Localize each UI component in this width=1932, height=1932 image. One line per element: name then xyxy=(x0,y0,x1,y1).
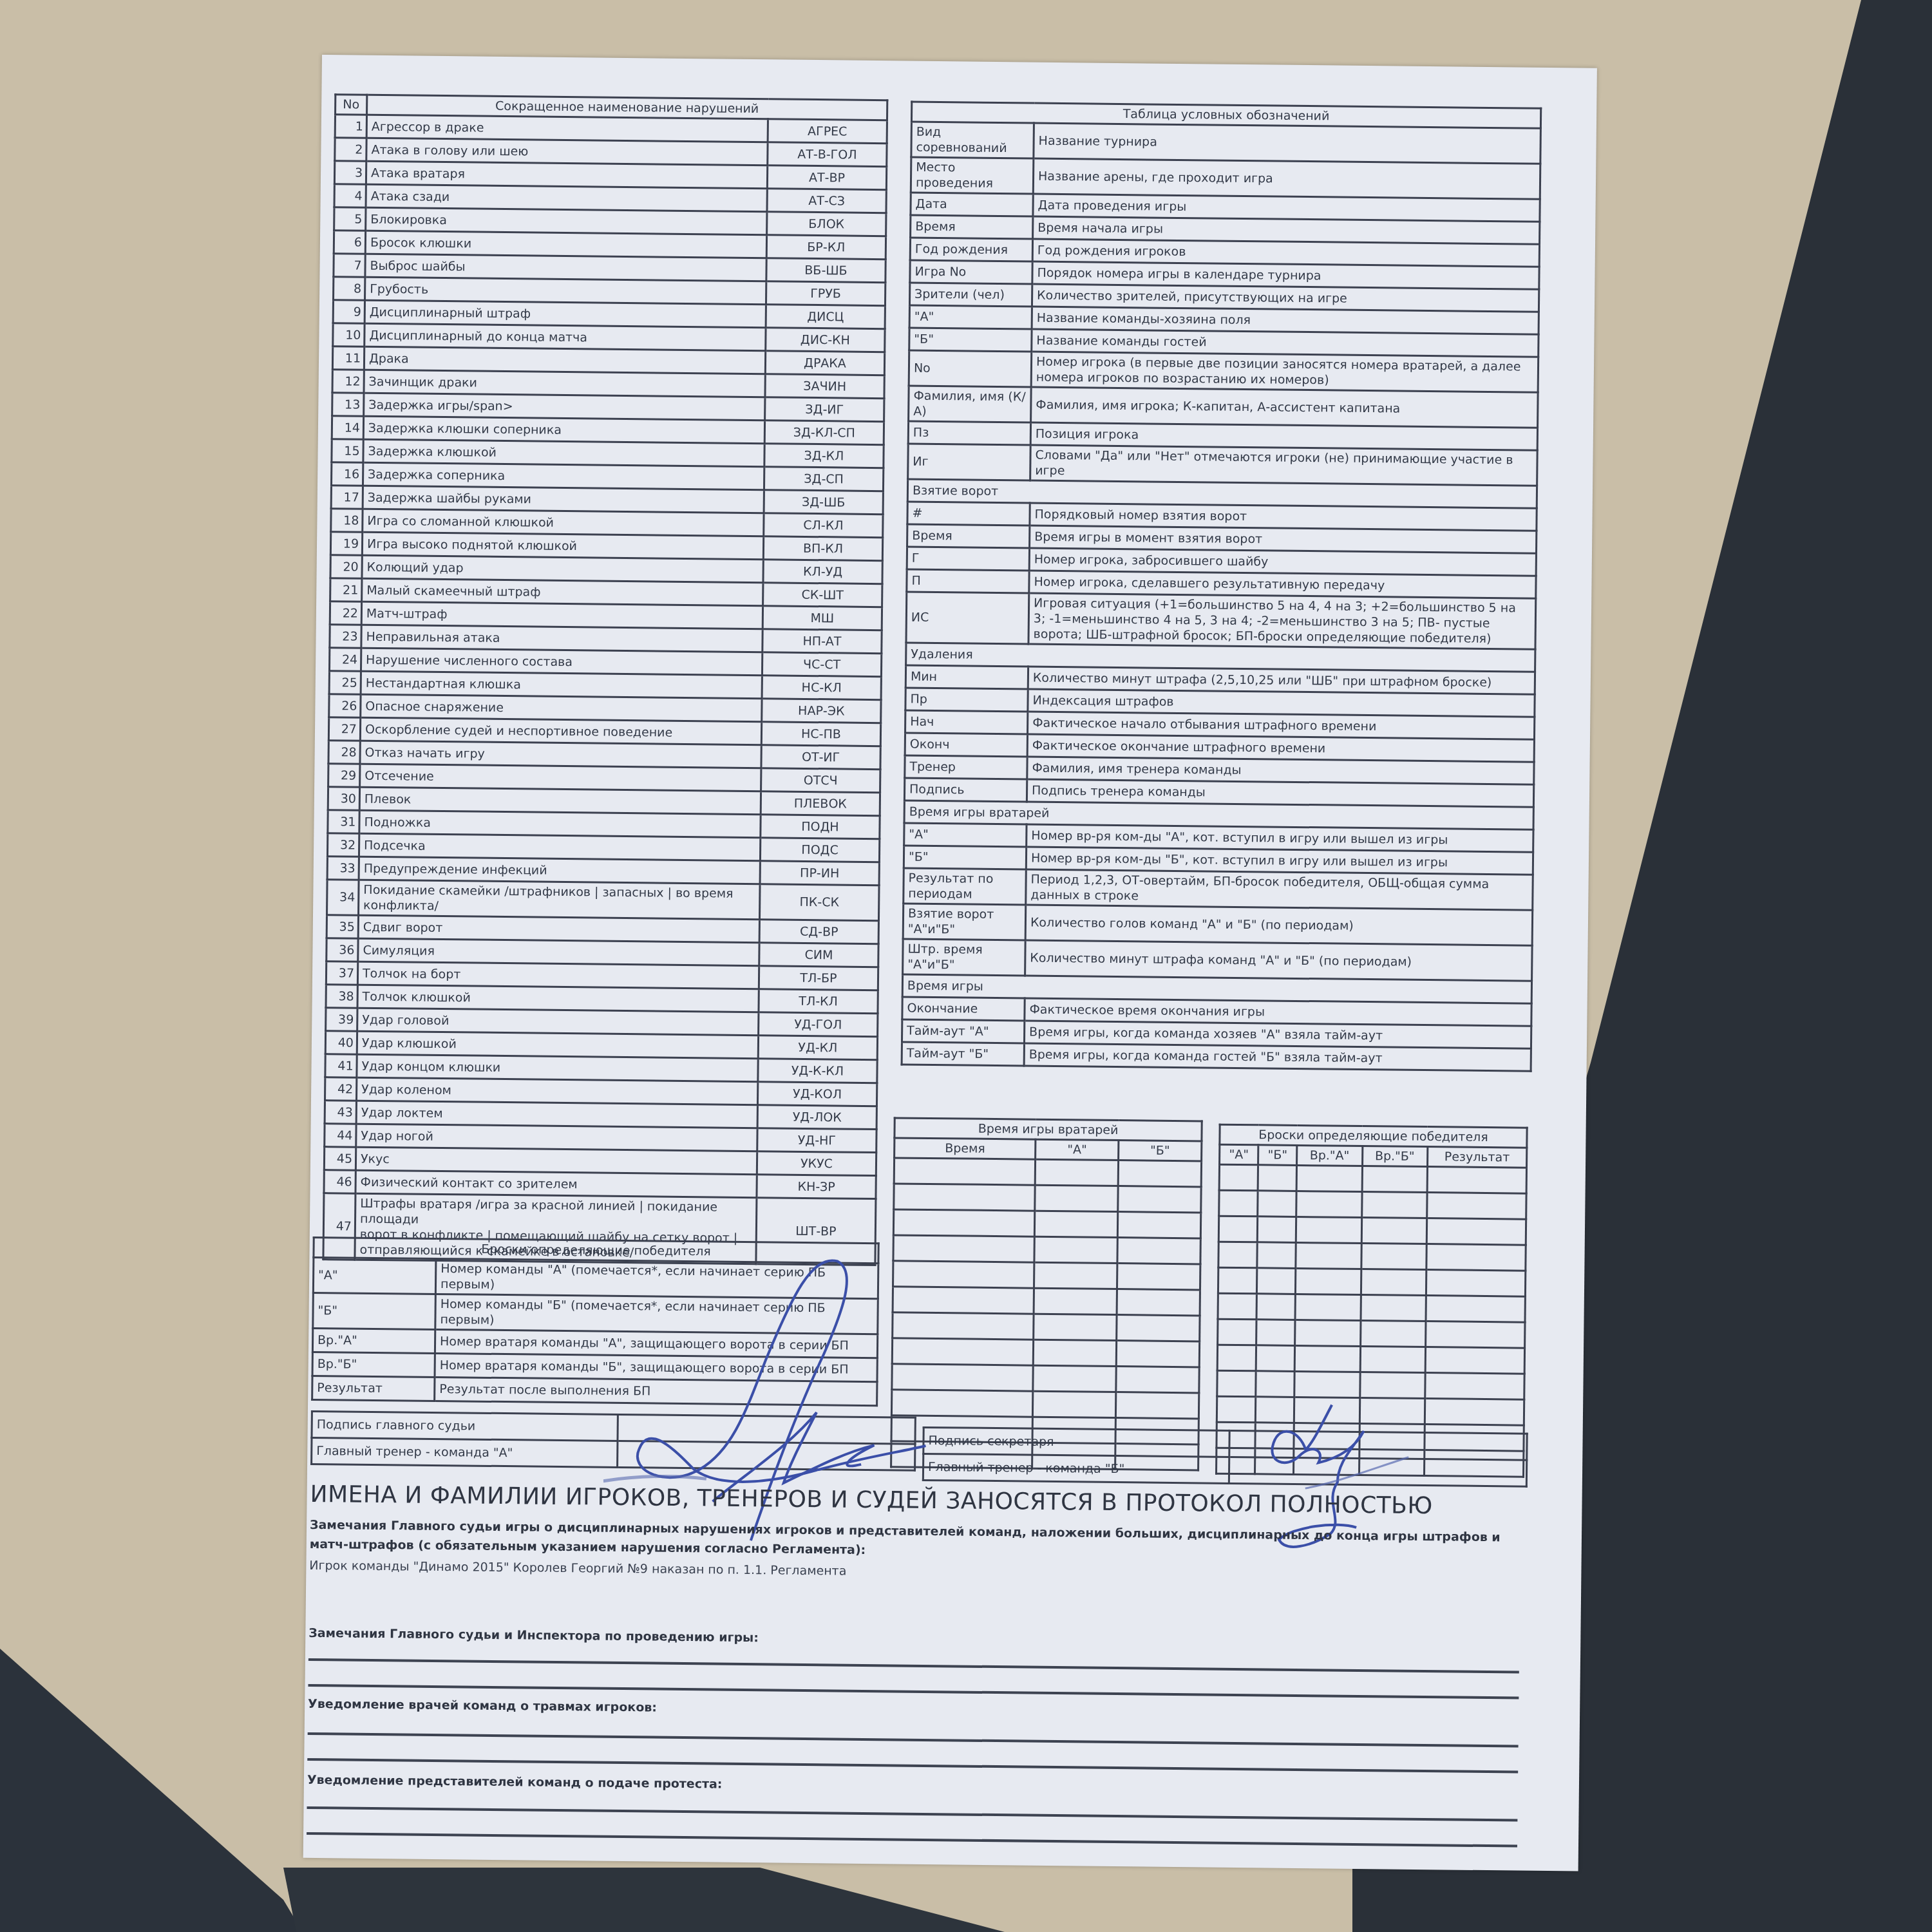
violation-code: СИМ xyxy=(759,943,878,967)
violation-code: НС-КЛ xyxy=(762,676,881,700)
violation-no: 3 xyxy=(334,161,366,185)
shootout-cell[interactable] xyxy=(1294,1345,1360,1372)
violation-code: АТ-СЗ xyxy=(767,189,886,213)
goalie-time-cell[interactable] xyxy=(1117,1264,1200,1290)
legend-key: Время xyxy=(907,524,1030,548)
shootout-cell[interactable] xyxy=(1294,1371,1360,1397)
shootout-cell[interactable] xyxy=(1425,1373,1525,1400)
violation-code: ВБ-ШБ xyxy=(766,258,885,283)
violation-code: СЛ-КЛ xyxy=(764,513,883,538)
shootout-cell[interactable] xyxy=(1362,1166,1428,1193)
goalie-time-cell[interactable] xyxy=(1117,1289,1200,1316)
inspector-remarks-label: Замечания Главного судьи и Инспектора по… xyxy=(308,1626,759,1645)
shootout-cell[interactable] xyxy=(1425,1347,1525,1374)
goalie-time-cell[interactable] xyxy=(1035,1211,1118,1237)
violation-code: БЛОК xyxy=(767,212,886,236)
violation-code: СД-ВР xyxy=(759,920,878,944)
violation-no: 11 xyxy=(332,346,364,370)
shootout-legend-key: Вр."Б" xyxy=(312,1352,435,1377)
inspector-remarks-line-1[interactable] xyxy=(308,1658,1519,1674)
shootout-cell[interactable] xyxy=(1218,1216,1258,1242)
violation-code: ОТ-ИГ xyxy=(761,745,880,770)
violation-code: ЗД-КЛ xyxy=(764,444,884,468)
violation-no: 43 xyxy=(325,1101,356,1124)
violation-no: 6 xyxy=(334,231,365,254)
legend-row: Фамилия, имя (К/А)Фамилия, имя игрока; К… xyxy=(909,386,1539,428)
shootout-cell[interactable] xyxy=(1296,1217,1362,1243)
goalie-time-cell[interactable] xyxy=(892,1338,1034,1365)
violation-code: УД-ГОЛ xyxy=(759,1012,878,1037)
legend-value: Фамилия, имя игрока; К-капитан, А-ассист… xyxy=(1031,387,1539,428)
shootout-row xyxy=(1217,1345,1524,1374)
shootout-cell[interactable] xyxy=(1219,1190,1258,1217)
goalie-time-cell[interactable] xyxy=(1118,1160,1201,1187)
legend-value: Название арены, где проходит игра xyxy=(1033,158,1540,199)
shootout-cell[interactable] xyxy=(1257,1242,1296,1269)
shootout-column: "Б" xyxy=(1258,1145,1297,1166)
goalie-time-row xyxy=(894,1184,1201,1213)
shootout-legend-value: Номер команды "А" (помечается*, если нач… xyxy=(435,1258,878,1298)
goalie-time-row xyxy=(894,1158,1201,1187)
goalie-time-cell[interactable] xyxy=(1034,1288,1117,1314)
violation-code: СК-ШТ xyxy=(763,583,882,607)
coach-a-label: Главный тренер - команда "А" xyxy=(312,1437,618,1467)
violation-no: 31 xyxy=(328,810,359,834)
violation-no: 27 xyxy=(328,717,360,741)
legend-value: Игровая ситуация (+1=большинство 5 на 4,… xyxy=(1028,593,1536,649)
shootout-cell[interactable] xyxy=(1256,1294,1296,1320)
violation-no: 36 xyxy=(327,938,358,962)
shootout-cell[interactable] xyxy=(1258,1191,1297,1217)
legend-key: Взятие ворот "А"и"Б" xyxy=(903,904,1026,940)
shootout-row xyxy=(1219,1164,1526,1193)
shootout-cell[interactable] xyxy=(1218,1267,1257,1294)
shootout-cell[interactable] xyxy=(1360,1346,1426,1372)
violation-no: 35 xyxy=(327,915,358,939)
violation-code: МШ xyxy=(762,606,882,630)
legend-key: Фамилия, имя (К/А) xyxy=(909,386,1032,422)
full-names-notice: ИМЕНА И ФАМИЛИИ ИГРОКОВ, ТРЕНЕРОВ И СУДЕ… xyxy=(310,1481,1433,1519)
violation-no: 12 xyxy=(332,370,364,393)
violation-no: 25 xyxy=(329,671,361,695)
coach-b-label: Главный тренер - команда "Б" xyxy=(923,1454,1229,1483)
violation-code: ПОДС xyxy=(760,838,879,862)
violation-no: 2 xyxy=(335,138,366,162)
legend-key: Нач xyxy=(905,710,1028,734)
legend-key: Пз xyxy=(908,421,1030,445)
violation-code: ПР-ИН xyxy=(760,861,879,885)
goalie-time-cell[interactable] xyxy=(893,1287,1034,1314)
shootout-legend-table: Броски определяющие победителя "А"Номер … xyxy=(311,1236,880,1406)
violation-no: 30 xyxy=(328,787,359,811)
signature-block-left: Подпись главного судьи Главный тренер - … xyxy=(310,1410,916,1472)
goalie-time-title: Время игры вратарей xyxy=(895,1118,1202,1141)
violation-code: УД-К-КЛ xyxy=(758,1059,877,1083)
shootout-legend-value: Результат после выполнения БП xyxy=(435,1377,877,1405)
violation-code: ТЛ-КЛ xyxy=(759,989,878,1014)
shootout-column: "А" xyxy=(1220,1144,1258,1165)
legend-value: Время игры, когда команда гостей "Б" взя… xyxy=(1024,1043,1531,1071)
violation-no: 10 xyxy=(333,323,365,347)
goalie-time-row xyxy=(893,1209,1200,1238)
violation-no: 46 xyxy=(324,1170,355,1194)
goalie-time-column: Время xyxy=(895,1138,1036,1159)
goalie-time-cell[interactable] xyxy=(1033,1365,1116,1392)
violation-code: УКУС xyxy=(757,1151,876,1176)
legend-row: Взятие ворот "А"и"Б"Количество голов ком… xyxy=(903,904,1533,945)
shootout-cell[interactable] xyxy=(1361,1294,1426,1321)
violation-code: АТ-В-ГОЛ xyxy=(768,142,887,167)
violation-code: УД-КОЛ xyxy=(757,1082,876,1106)
hockey-protocol-sheet: No Сокращенное наименование нарушений 1А… xyxy=(303,55,1597,1871)
shootout-row xyxy=(1218,1216,1526,1245)
violation-no: 5 xyxy=(334,207,366,231)
violation-no: 44 xyxy=(325,1124,356,1148)
violation-no: 14 xyxy=(332,416,363,440)
violations-body: 1Агрессор в дракеАГРЕС2Атака в голову ил… xyxy=(323,115,887,1265)
violation-no: 18 xyxy=(331,509,363,533)
legend-key: Год рождения xyxy=(910,238,1032,261)
legend-key: Тайм-аут "Б" xyxy=(902,1042,1024,1066)
shootout-row xyxy=(1217,1396,1524,1425)
goalie-time-column: "А" xyxy=(1036,1139,1119,1160)
violation-no: 34 xyxy=(327,880,359,916)
shootout-cell[interactable] xyxy=(1426,1296,1526,1323)
injuries-line-2[interactable] xyxy=(307,1758,1518,1774)
shootout-cell[interactable] xyxy=(1361,1269,1426,1295)
protest-line-2[interactable] xyxy=(307,1832,1517,1848)
legend-key: Иг xyxy=(908,444,1031,480)
goalie-time-cell[interactable] xyxy=(1116,1392,1199,1419)
legend-key: Оконч xyxy=(905,733,1027,757)
legend-key: Мин xyxy=(905,665,1028,689)
legend-row: NoНомер игрока (в первые две позиции зан… xyxy=(909,350,1539,392)
violation-code: ДИСЦ xyxy=(766,305,885,329)
violation-no: 13 xyxy=(332,393,364,417)
goalie-time-cell[interactable] xyxy=(1034,1262,1117,1289)
goalie-time-cell[interactable] xyxy=(893,1235,1035,1262)
violation-no: 24 xyxy=(329,648,361,672)
goalie-time-cell[interactable] xyxy=(893,1261,1035,1288)
violation-code: АГРЕС xyxy=(768,119,887,144)
violation-code: ЧС-СТ xyxy=(762,652,881,677)
violation-no: 41 xyxy=(325,1054,357,1078)
violation-code: ДИС-КН xyxy=(766,328,885,352)
protest-label: Уведомление представителей команд о пода… xyxy=(307,1773,723,1792)
violation-no: 8 xyxy=(334,277,365,301)
shootout-cell[interactable] xyxy=(1425,1399,1524,1426)
goalie-time-cell[interactable] xyxy=(1034,1340,1117,1366)
violation-no: 1 xyxy=(335,115,366,138)
goalie-time-cell[interactable] xyxy=(1116,1367,1199,1393)
violation-row: 34Покидание скамейки /штрафников | запас… xyxy=(327,880,880,921)
goalie-time-row xyxy=(893,1235,1200,1264)
violation-code: ГРУБ xyxy=(766,281,885,306)
violation-code: УД-КЛ xyxy=(758,1036,877,1060)
inspector-remarks-line-2[interactable] xyxy=(308,1684,1519,1700)
shootout-row xyxy=(1218,1242,1526,1271)
shootout-legend-key: Результат xyxy=(312,1376,435,1401)
goalie-time-cell[interactable] xyxy=(1033,1391,1116,1417)
goalie-time-cell[interactable] xyxy=(893,1312,1034,1340)
legend-body: Вид соревнованийНазвание турнираМесто пр… xyxy=(902,122,1540,1071)
shootout-legend-key: "А" xyxy=(313,1257,436,1294)
violation-code: ОТСЧ xyxy=(761,768,880,793)
legend-row: Результат по периодамПериод 1,2,3, ОТ-ов… xyxy=(904,868,1533,910)
shootout-title: Броски определяющие победителя xyxy=(1220,1124,1527,1148)
legend-key: "А" xyxy=(909,305,1032,329)
shootout-cell[interactable] xyxy=(1360,1320,1426,1347)
shootout-cell[interactable] xyxy=(1427,1167,1527,1194)
goalie-time-cell[interactable] xyxy=(1117,1238,1200,1264)
goalie-time-cell[interactable] xyxy=(891,1390,1033,1417)
violation-no: 4 xyxy=(334,184,366,208)
goalie-time-table: Время игры вратарей Время"А""Б" xyxy=(890,1117,1203,1471)
legend-key: ИС xyxy=(906,592,1029,644)
referee-remarks-label: Замечания Главного судьи игры о дисципли… xyxy=(310,1515,1534,1567)
shootout-cell[interactable] xyxy=(1359,1372,1425,1398)
legend-key: Тайм-аут "А" xyxy=(902,1019,1024,1043)
shootout-row xyxy=(1217,1370,1524,1399)
legend-value: Название турнира xyxy=(1034,123,1541,164)
shootout-legend-row: "Б"Номер команды "Б" (помечается*, если … xyxy=(313,1293,878,1334)
legend-row: Штр. время "А"и"Б"Количество минут штраф… xyxy=(903,939,1533,981)
violation-code: ДРАКА xyxy=(765,351,884,375)
violation-code: ЗД-ИГ xyxy=(765,397,884,422)
violation-no: 16 xyxy=(331,462,363,486)
shootout-cell[interactable] xyxy=(1219,1164,1258,1191)
shootout-cell[interactable] xyxy=(1426,1193,1526,1220)
legend-key: Время xyxy=(911,215,1033,239)
shootout-cell[interactable] xyxy=(1359,1397,1425,1424)
violation-code: КЛ-УД xyxy=(763,560,882,584)
legend-key: Зрители (чел) xyxy=(909,283,1032,307)
legend-row: ИСИгровая ситуация (+1=большинство 5 на … xyxy=(906,592,1536,649)
shootout-cell[interactable] xyxy=(1217,1370,1256,1397)
shootout-cell[interactable] xyxy=(1258,1165,1297,1191)
legend-key: Место проведения xyxy=(911,157,1034,194)
injuries-line-1[interactable] xyxy=(308,1732,1519,1748)
goalie-time-cell[interactable] xyxy=(893,1209,1035,1236)
coach-b-signature-field[interactable] xyxy=(1229,1457,1526,1486)
protest-line-1[interactable] xyxy=(307,1806,1517,1822)
shootout-cell[interactable] xyxy=(1295,1294,1361,1320)
shootout-row xyxy=(1218,1319,1525,1348)
shootout-cell[interactable] xyxy=(1426,1270,1526,1297)
goalie-time-row xyxy=(892,1364,1199,1393)
shootout-cell[interactable] xyxy=(1218,1319,1257,1345)
violation-code: НП-АТ xyxy=(762,629,882,654)
shootout-cell[interactable] xyxy=(1425,1321,1525,1349)
violation-no: 22 xyxy=(330,601,361,625)
legend-key: Вид соревнований xyxy=(911,122,1034,158)
shootout-cell[interactable] xyxy=(1296,1165,1362,1191)
goalie-time-row xyxy=(893,1287,1200,1316)
shootout-cell[interactable] xyxy=(1256,1371,1295,1397)
violation-code: ЗД-КЛ-СП xyxy=(764,421,884,445)
legend-key: Г xyxy=(907,547,1029,571)
goalie-time-row xyxy=(891,1390,1198,1419)
goalie-time-cell[interactable] xyxy=(894,1158,1036,1185)
goalie-time-cell[interactable] xyxy=(1117,1315,1200,1341)
shootout-cell[interactable] xyxy=(1257,1268,1296,1294)
shootout-legend-key: "Б" xyxy=(313,1293,436,1329)
goalie-time-row xyxy=(892,1338,1199,1367)
shootout-cell[interactable] xyxy=(1361,1244,1426,1270)
violation-code: ЗД-СП xyxy=(764,467,883,491)
violation-code: БР-КЛ xyxy=(766,235,885,260)
legend-key: No xyxy=(909,350,1032,387)
violation-code: ВП-КЛ xyxy=(763,536,882,561)
goalie-time-cell[interactable] xyxy=(1034,1236,1117,1263)
shootout-cell[interactable] xyxy=(1256,1320,1296,1346)
shootout-cell[interactable] xyxy=(1255,1397,1294,1423)
violation-no: 15 xyxy=(332,439,363,463)
violation-code: КН-ЗР xyxy=(757,1175,876,1199)
shootout-cell[interactable] xyxy=(1426,1218,1526,1245)
legend-value: Период 1,2,3, ОТ-овертайм, БП-бросок поб… xyxy=(1026,869,1533,910)
violation-no: 20 xyxy=(330,555,362,579)
shootout-cell[interactable] xyxy=(1218,1293,1257,1320)
violation-no: 39 xyxy=(326,1008,357,1032)
violation-no: 21 xyxy=(330,578,362,602)
shootout-cell[interactable] xyxy=(1256,1345,1295,1372)
violation-name: Покидание скамейки /штрафников | запасны… xyxy=(359,880,761,920)
referee-remarks-entry[interactable]: Игрок команды "Динамо 2015" Королев Геор… xyxy=(309,1558,846,1578)
goalie-time-cell[interactable] xyxy=(892,1364,1034,1391)
secretary-signature-field[interactable] xyxy=(1229,1430,1527,1460)
shootout-column: Вр."А" xyxy=(1297,1145,1363,1166)
goalie-time-cell[interactable] xyxy=(1116,1341,1199,1367)
shootout-legend-value: Номер команды "Б" (помечается*, если нач… xyxy=(435,1294,878,1334)
shootout-cell[interactable] xyxy=(1217,1345,1256,1371)
coach-a-signature-field[interactable] xyxy=(618,1441,915,1470)
violation-no: 23 xyxy=(330,625,361,649)
violation-no: 33 xyxy=(327,857,359,880)
shootout-cell[interactable] xyxy=(1296,1191,1362,1217)
legend-row: Вид соревнованийНазвание турнира xyxy=(911,122,1541,164)
legend-key: Тренер xyxy=(905,755,1027,779)
violation-no: 28 xyxy=(328,741,360,764)
violation-no: 29 xyxy=(328,764,360,788)
shootout-legend-key: Вр."А" xyxy=(312,1328,435,1353)
shootout-cell[interactable] xyxy=(1426,1244,1526,1271)
goalie-time-cell[interactable] xyxy=(894,1184,1036,1211)
shootout-row xyxy=(1219,1190,1526,1219)
violation-no: 9 xyxy=(333,300,365,324)
violation-code: ТЛ-БР xyxy=(759,966,878,990)
violation-code: ЗАЧИН xyxy=(765,374,884,399)
legend-key: # xyxy=(907,502,1030,526)
shootout-cell[interactable] xyxy=(1294,1397,1360,1423)
legend-key: Игра No xyxy=(910,260,1032,284)
violation-no: 37 xyxy=(326,961,357,985)
legend-key: Штр. время "А"и"Б" xyxy=(903,939,1026,976)
legend-key: "Б" xyxy=(909,328,1032,352)
shootout-column: Вр."Б" xyxy=(1362,1146,1428,1167)
violation-code: АТ-ВР xyxy=(767,166,886,190)
shootout-column: Результат xyxy=(1427,1147,1527,1168)
legend-key: П xyxy=(907,569,1029,593)
legend-value: Количество голов команд "А" и "Б" (по пе… xyxy=(1025,905,1533,945)
shootout-row xyxy=(1218,1293,1525,1322)
secretary-signature-label: Подпись секретаря xyxy=(923,1427,1229,1457)
violation-code: ЗД-ШБ xyxy=(764,490,883,515)
shootout-cell[interactable] xyxy=(1361,1218,1427,1244)
violation-no: 26 xyxy=(329,694,361,718)
shootout-legend-row: "А"Номер команды "А" (помечается*, если … xyxy=(313,1257,878,1298)
legend-value: Словами "Да" или "Нет" отмечаются игроки… xyxy=(1030,445,1538,486)
goalie-time-cell[interactable] xyxy=(1034,1314,1117,1340)
head-referee-signature-field[interactable] xyxy=(618,1414,915,1444)
shootout-table: Броски определяющие победителя "А""Б"Вр.… xyxy=(1215,1124,1528,1478)
shootout-cell[interactable] xyxy=(1218,1242,1258,1268)
goalie-time-cell[interactable] xyxy=(1117,1212,1200,1238)
violation-no: 45 xyxy=(324,1147,355,1171)
violation-no: 17 xyxy=(331,486,363,509)
violation-no: 19 xyxy=(330,532,362,556)
shootout-cell[interactable] xyxy=(1296,1242,1361,1269)
goalie-time-cell[interactable] xyxy=(1035,1185,1118,1211)
shootout-cell[interactable] xyxy=(1217,1396,1256,1423)
shootout-legend-row: РезультатРезультат после выполнения БП xyxy=(312,1376,877,1405)
shootout-cell[interactable] xyxy=(1295,1320,1361,1346)
goalie-time-cell[interactable] xyxy=(1118,1186,1201,1213)
injuries-label: Уведомление врачей команд о травмах игро… xyxy=(308,1697,657,1715)
violations-table: No Сокращенное наименование нарушений 1А… xyxy=(322,93,888,1266)
goalie-time-cell[interactable] xyxy=(1036,1159,1119,1186)
legend-value: Количество минут штрафа команд "А" и "Б"… xyxy=(1025,940,1533,981)
violation-no: 40 xyxy=(325,1031,357,1055)
legend-key: Пр xyxy=(905,688,1028,712)
legend-table: Таблица условных обозначений Вид соревно… xyxy=(901,101,1542,1072)
legend-key: "Б" xyxy=(904,846,1026,869)
violation-code: НАР-ЭК xyxy=(762,699,881,723)
violation-code: ПК-СК xyxy=(759,884,879,921)
violation-no: 32 xyxy=(327,833,359,857)
legend-key: Дата xyxy=(911,193,1033,216)
legend-key: Подпись xyxy=(904,778,1027,802)
head-referee-signature-label: Подпись главного судьи xyxy=(312,1411,618,1441)
violation-code: ПЛЕВОК xyxy=(761,791,880,816)
violations-header-no: No xyxy=(336,95,367,115)
legend-key: Окончание xyxy=(902,997,1025,1021)
goalie-time-row xyxy=(893,1261,1200,1290)
violation-no: 7 xyxy=(334,254,365,278)
shootout-cell[interactable] xyxy=(1257,1217,1296,1243)
shootout-cell[interactable] xyxy=(1296,1268,1361,1294)
goalie-time-column: "Б" xyxy=(1119,1141,1202,1161)
legend-row: Место проведенияНазвание арены, где прох… xyxy=(911,157,1540,199)
legend-value: Номер игрока (в первые две позиции занос… xyxy=(1031,352,1539,392)
signature-block-right: Подпись секретаря Главный тренер - коман… xyxy=(922,1426,1528,1488)
violation-code: УД-НГ xyxy=(757,1128,876,1153)
legend-key: Результат по периодам xyxy=(904,868,1027,905)
legend-key: "А" xyxy=(904,823,1027,847)
violation-no: 42 xyxy=(325,1077,356,1101)
violation-no: 38 xyxy=(326,985,357,1009)
goalie-time-row xyxy=(893,1312,1200,1341)
violation-code: НС-ПВ xyxy=(761,722,880,746)
violation-code: УД-ЛОК xyxy=(757,1105,876,1130)
legend-row: ИгСловами "Да" или "Нет" отмечаются игро… xyxy=(908,444,1538,486)
shootout-row xyxy=(1218,1267,1525,1296)
shootout-cell[interactable] xyxy=(1361,1192,1427,1218)
violation-code: ПОДН xyxy=(761,815,880,839)
